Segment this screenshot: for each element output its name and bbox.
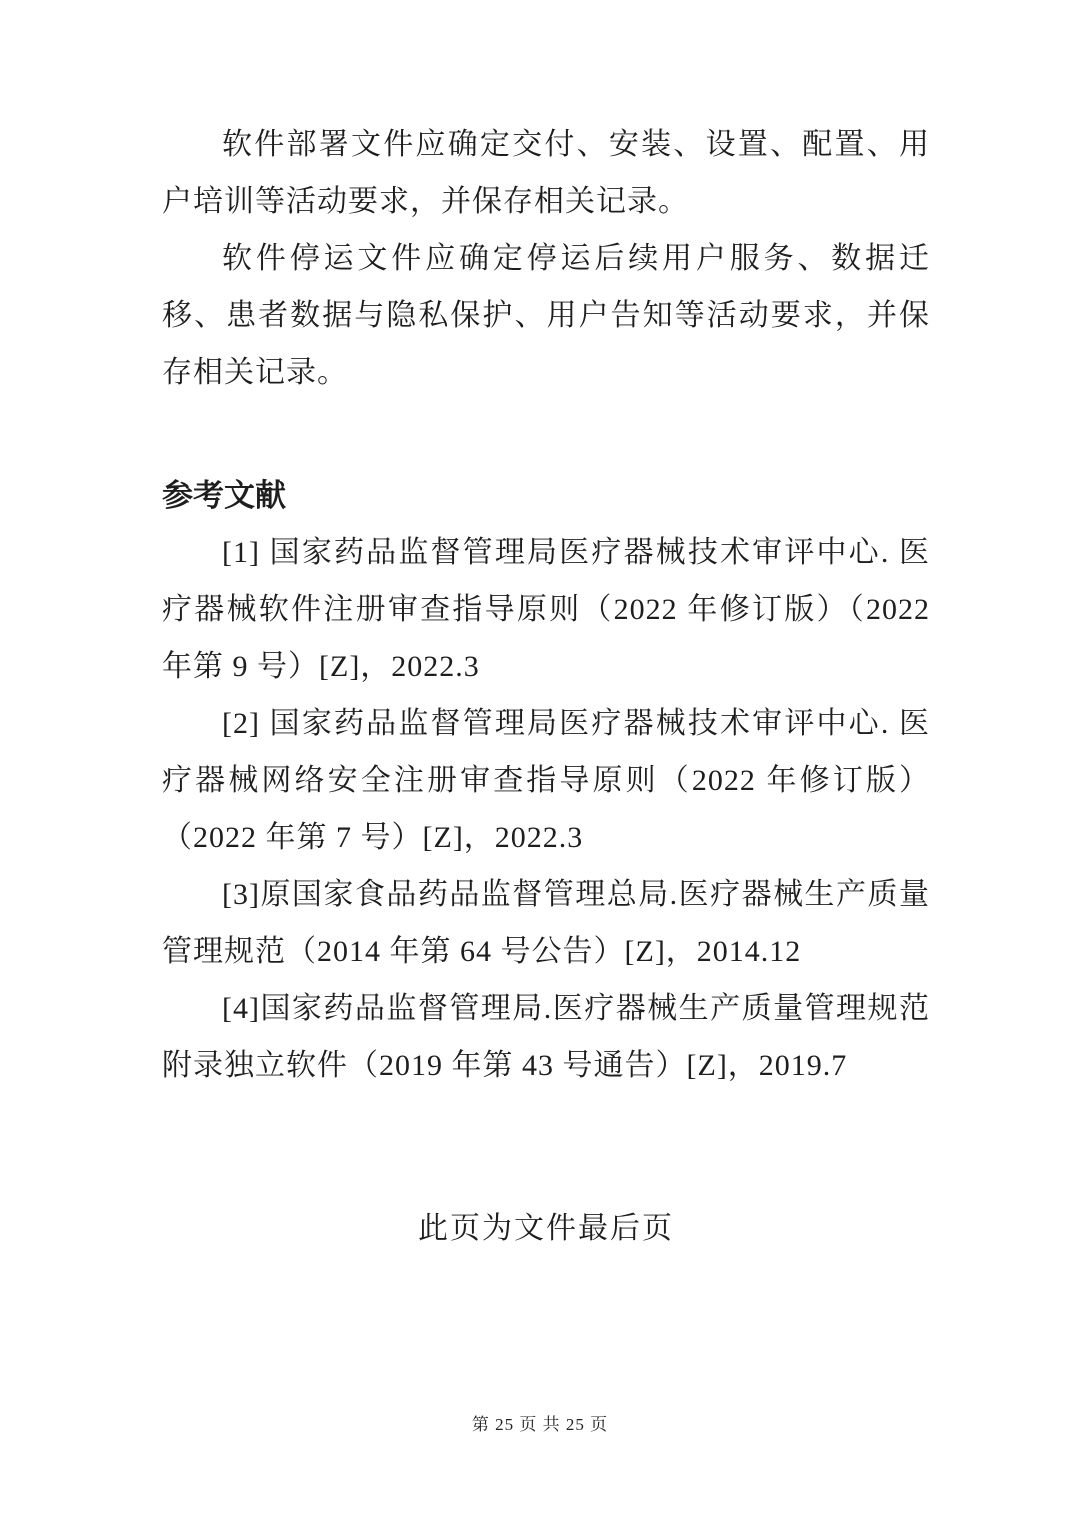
reference-item-2: [2] 国家药品监督管理局医疗器械技术审评中心. 医疗器械网络安全注册审查指导原… [162,695,930,866]
document-content: 软件部署文件应确定交付、安装、设置、配置、用户培训等活动要求，并保存相关记录。 … [162,116,930,1249]
references-heading: 参考文献 [162,467,930,524]
page-number-footer: 第 25 页 共 25 页 [0,1414,1080,1436]
body-paragraph-software-decommission: 软件停运文件应确定停运后续用户服务、数据迁移、患者数据与隐私保护、用户告知等活动… [162,230,930,401]
reference-item-3: [3]原国家食品药品监督管理总局.医疗器械生产质量管理规范（2014 年第 64… [162,866,930,980]
document-page: 软件部署文件应确定交付、安装、设置、配置、用户培训等活动要求，并保存相关记录。 … [0,0,1080,1527]
reference-item-1: [1] 国家药品监督管理局医疗器械技术审评中心. 医疗器械软件注册审查指导原则（… [162,524,930,695]
body-paragraph-software-deployment: 软件部署文件应确定交付、安装、设置、配置、用户培训等活动要求，并保存相关记录。 [162,116,930,230]
last-page-note: 此页为文件最后页 [162,1209,930,1249]
reference-item-4: [4]国家药品监督管理局.医疗器械生产质量管理规范附录独立软件（2019 年第 … [162,980,930,1094]
